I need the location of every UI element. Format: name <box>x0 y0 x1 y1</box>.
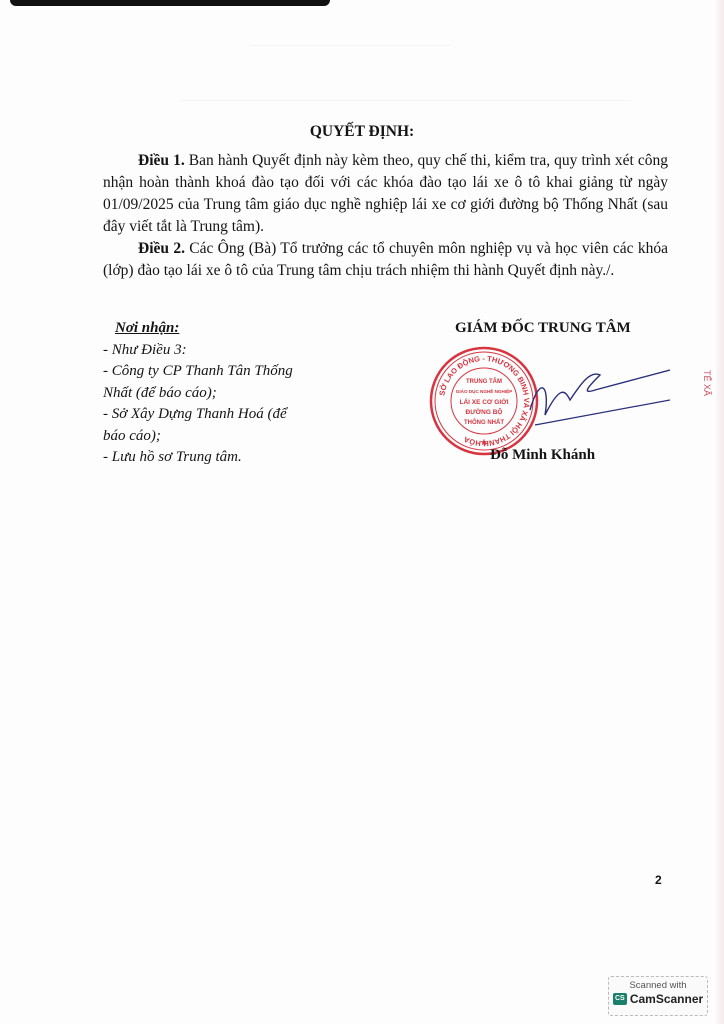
watermark-brand: CamScanner <box>630 992 703 1006</box>
signer-position: GIÁM ĐỐC TRUNG TÂM <box>455 320 631 337</box>
camscanner-logo-icon: CS <box>613 993 627 1005</box>
svg-text:TRUNG TÂM: TRUNG TÂM <box>466 378 502 385</box>
bleed-through-line <box>180 100 630 101</box>
page-number: 2 <box>655 873 662 887</box>
article-1-label: Điều 1. <box>138 152 185 169</box>
bleed-through-line <box>250 45 450 46</box>
svg-text:ĐƯỜNG BỘ: ĐƯỜNG BỘ <box>466 407 503 416</box>
recipient-item: - Như Điều 3: <box>103 340 303 362</box>
signature-icon <box>520 355 670 435</box>
recipient-item: - Công ty CP Thanh Tân Thống Nhất (để bá… <box>103 361 303 404</box>
camscanner-watermark: Scanned with CS CamScanner <box>608 976 708 1016</box>
article-1: Điều 1. Ban hành Quyết định này kèm theo… <box>103 150 668 238</box>
scan-edge-shadow <box>10 0 330 6</box>
recipient-item: - Lưu hồ sơ Trung tâm. <box>103 447 303 469</box>
recipients-heading: Nơi nhận: <box>103 318 303 340</box>
svg-text:GIÁO DỤC NGHỀ NGHIỆP: GIÁO DỤC NGHỀ NGHIỆP <box>456 387 512 394</box>
article-2-text: Các Ông (Bà) Tổ trưởng các tổ chuyên môn… <box>103 240 668 279</box>
article-1-text: Ban hành Quyết định này kèm theo, quy ch… <box>103 152 668 235</box>
signer-name: Đỗ Minh Khánh <box>490 447 595 464</box>
side-stamp-fragment: TẾ XÃ <box>700 370 712 460</box>
page-edge <box>716 0 724 1024</box>
watermark-caption: Scanned with <box>609 980 707 991</box>
svg-text:★: ★ <box>480 438 488 447</box>
recipients-block: Nơi nhận: - Như Điều 3: - Công ty CP Tha… <box>103 318 303 469</box>
svg-text:LÁI XE CƠ GIỚI: LÁI XE CƠ GIỚI <box>459 397 508 406</box>
decision-title: QUYẾT ĐỊNH: <box>0 123 724 141</box>
article-2-label: Điều 2. <box>138 240 185 257</box>
svg-text:THỐNG NHẤT: THỐNG NHẤT <box>464 419 504 426</box>
recipient-item: - Sở Xây Dựng Thanh Hoá (để báo cáo); <box>103 404 303 447</box>
article-2: Điều 2. Các Ông (Bà) Tổ trưởng các tổ ch… <box>103 238 668 282</box>
